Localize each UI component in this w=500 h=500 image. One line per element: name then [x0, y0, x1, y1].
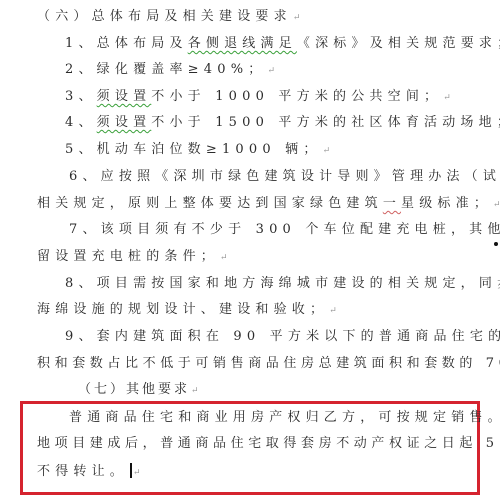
list-item-5[interactable]: 5、机动车泊位数≥1000 辆；↵ — [65, 141, 330, 159]
list-item-7-line-1[interactable]: 7、该项目须有不少于 300 个车位配建充电桩，其他车位应预 — [69, 221, 500, 239]
list-item-8-line-2[interactable]: 海绵设施的规划设计、建设和验收；↵ — [37, 301, 337, 319]
list-item-3[interactable]: 3、须设置不小于 1000 平方米的公共空间；↵ — [65, 88, 451, 106]
spellcheck-underline-text: 一 — [383, 196, 401, 211]
stray-dot-mark — [494, 242, 498, 246]
paragraph-mark: ↵ — [191, 386, 199, 396]
item-text: 6、应按照《深圳市绿色建筑设计导则》管理办法（试行）的 — [69, 169, 500, 184]
paragraph-mark: ↵ — [493, 200, 500, 210]
heading-text: （七）其他要求 — [78, 382, 190, 397]
list-item-9-line-1[interactable]: 9、套内建筑面积在 90 平方米以下的普通商品住宅的建筑面 — [65, 328, 500, 346]
section-heading-7[interactable]: （七）其他要求↵ — [78, 381, 199, 399]
highlighted-text: 地项目建成后，普通商品住宅取得套房不动产权证之日起 5 年内 — [37, 436, 500, 451]
item-text: 海绵设施的规划设计、建设和验收； — [37, 302, 328, 317]
list-item-2[interactable]: 2、绿化覆盖率≥40%；↵ — [65, 61, 275, 79]
item-number: 5、 — [65, 142, 97, 157]
list-item-9-line-2[interactable]: 积和套数占比不低于可销售商品住房总建筑面积和套数的 70%。↵ — [37, 355, 500, 373]
list-item-1[interactable]: 1、总体布局及各侧退线满足《深标》及相关规范要求；↵ — [65, 35, 500, 53]
spellcheck-underline-text: 须设置 — [97, 89, 152, 104]
item-number: 4、 — [65, 115, 97, 130]
item-text: 总体布局及 — [97, 36, 188, 51]
item-text: 不小于 1000 平方米的公共空间； — [151, 89, 442, 104]
paragraph-mark: ↵ — [267, 66, 275, 76]
highlighted-text: 不得转让。 — [37, 464, 128, 479]
highlighted-line-3[interactable]: 不得转让。↵ — [37, 463, 141, 481]
list-item-6-line-1[interactable]: 6、应按照《深圳市绿色建筑设计导则》管理办法（试行）的 — [69, 168, 500, 186]
paragraph-mark: ↵ — [323, 146, 331, 156]
item-text: 7、该项目须有不少于 300 个车位配建充电桩，其他车位应预 — [69, 222, 500, 237]
item-number: 2、 — [65, 62, 97, 77]
list-item-6-line-2[interactable]: 相关规定，原则上整体要达到国家绿色建筑一星级标准；↵ — [37, 195, 500, 213]
item-text: 积和套数占比不低于可销售商品住房总建筑面积和套数的 70%。 — [37, 356, 500, 371]
paragraph-mark: ↵ — [133, 468, 141, 478]
heading-text: （六）总体布局及相关建设要求 — [37, 9, 292, 24]
item-text: 绿化覆盖率≥40%； — [97, 62, 267, 77]
spellcheck-underline-text: 各侧退线满足 — [188, 36, 297, 51]
section-heading-6[interactable]: （六）总体布局及相关建设要求↵ — [37, 8, 300, 26]
item-text: 9、套内建筑面积在 90 平方米以下的普通商品住宅的建筑面 — [65, 329, 500, 344]
item-text: 相关规定，原则上整体要达到国家绿色建筑 — [37, 196, 383, 211]
list-item-7-line-2[interactable]: 留设置充电桩的条件；↵ — [37, 248, 228, 266]
item-text: 不小于 1500 平方米的社区体育活动场地； — [151, 115, 500, 130]
paragraph-mark: ↵ — [293, 13, 301, 23]
paragraph-mark: ↵ — [220, 253, 228, 263]
item-number: 1、 — [65, 36, 97, 51]
spellcheck-underline-text: 须设置 — [97, 115, 152, 130]
list-item-8-line-1[interactable]: 8、项目需按国家和地方海绵城市建设的相关规定，同步开展 — [65, 275, 500, 293]
list-item-4[interactable]: 4、须设置不小于 1500 平方米的社区体育活动场地；↵ — [65, 114, 500, 132]
document-page: （六）总体布局及相关建设要求↵ 1、总体布局及各侧退线满足《深标》及相关规范要求… — [0, 0, 500, 500]
item-text: 《深标》及相关规范要求； — [297, 36, 500, 51]
highlighted-line-1[interactable]: 普通商品住宅和商业用房产权归乙方，可按规定销售。本宗 — [69, 409, 500, 427]
text-cursor — [130, 463, 132, 478]
highlighted-text: 普通商品住宅和商业用房产权归乙方，可按规定销售。本宗 — [69, 410, 500, 425]
item-text: 机动车泊位数≥1000 辆； — [97, 142, 322, 157]
paragraph-mark: ↵ — [329, 306, 337, 316]
highlighted-line-2[interactable]: 地项目建成后，普通商品住宅取得套房不动产权证之日起 5 年内 — [37, 435, 500, 453]
paragraph-mark: ↵ — [443, 93, 451, 103]
item-text: 留设置充电桩的条件； — [37, 249, 219, 264]
item-text: 星级标准； — [401, 196, 492, 211]
item-number: 3、 — [65, 89, 97, 104]
item-text: 8、项目需按国家和地方海绵城市建设的相关规定，同步开展 — [65, 276, 500, 291]
